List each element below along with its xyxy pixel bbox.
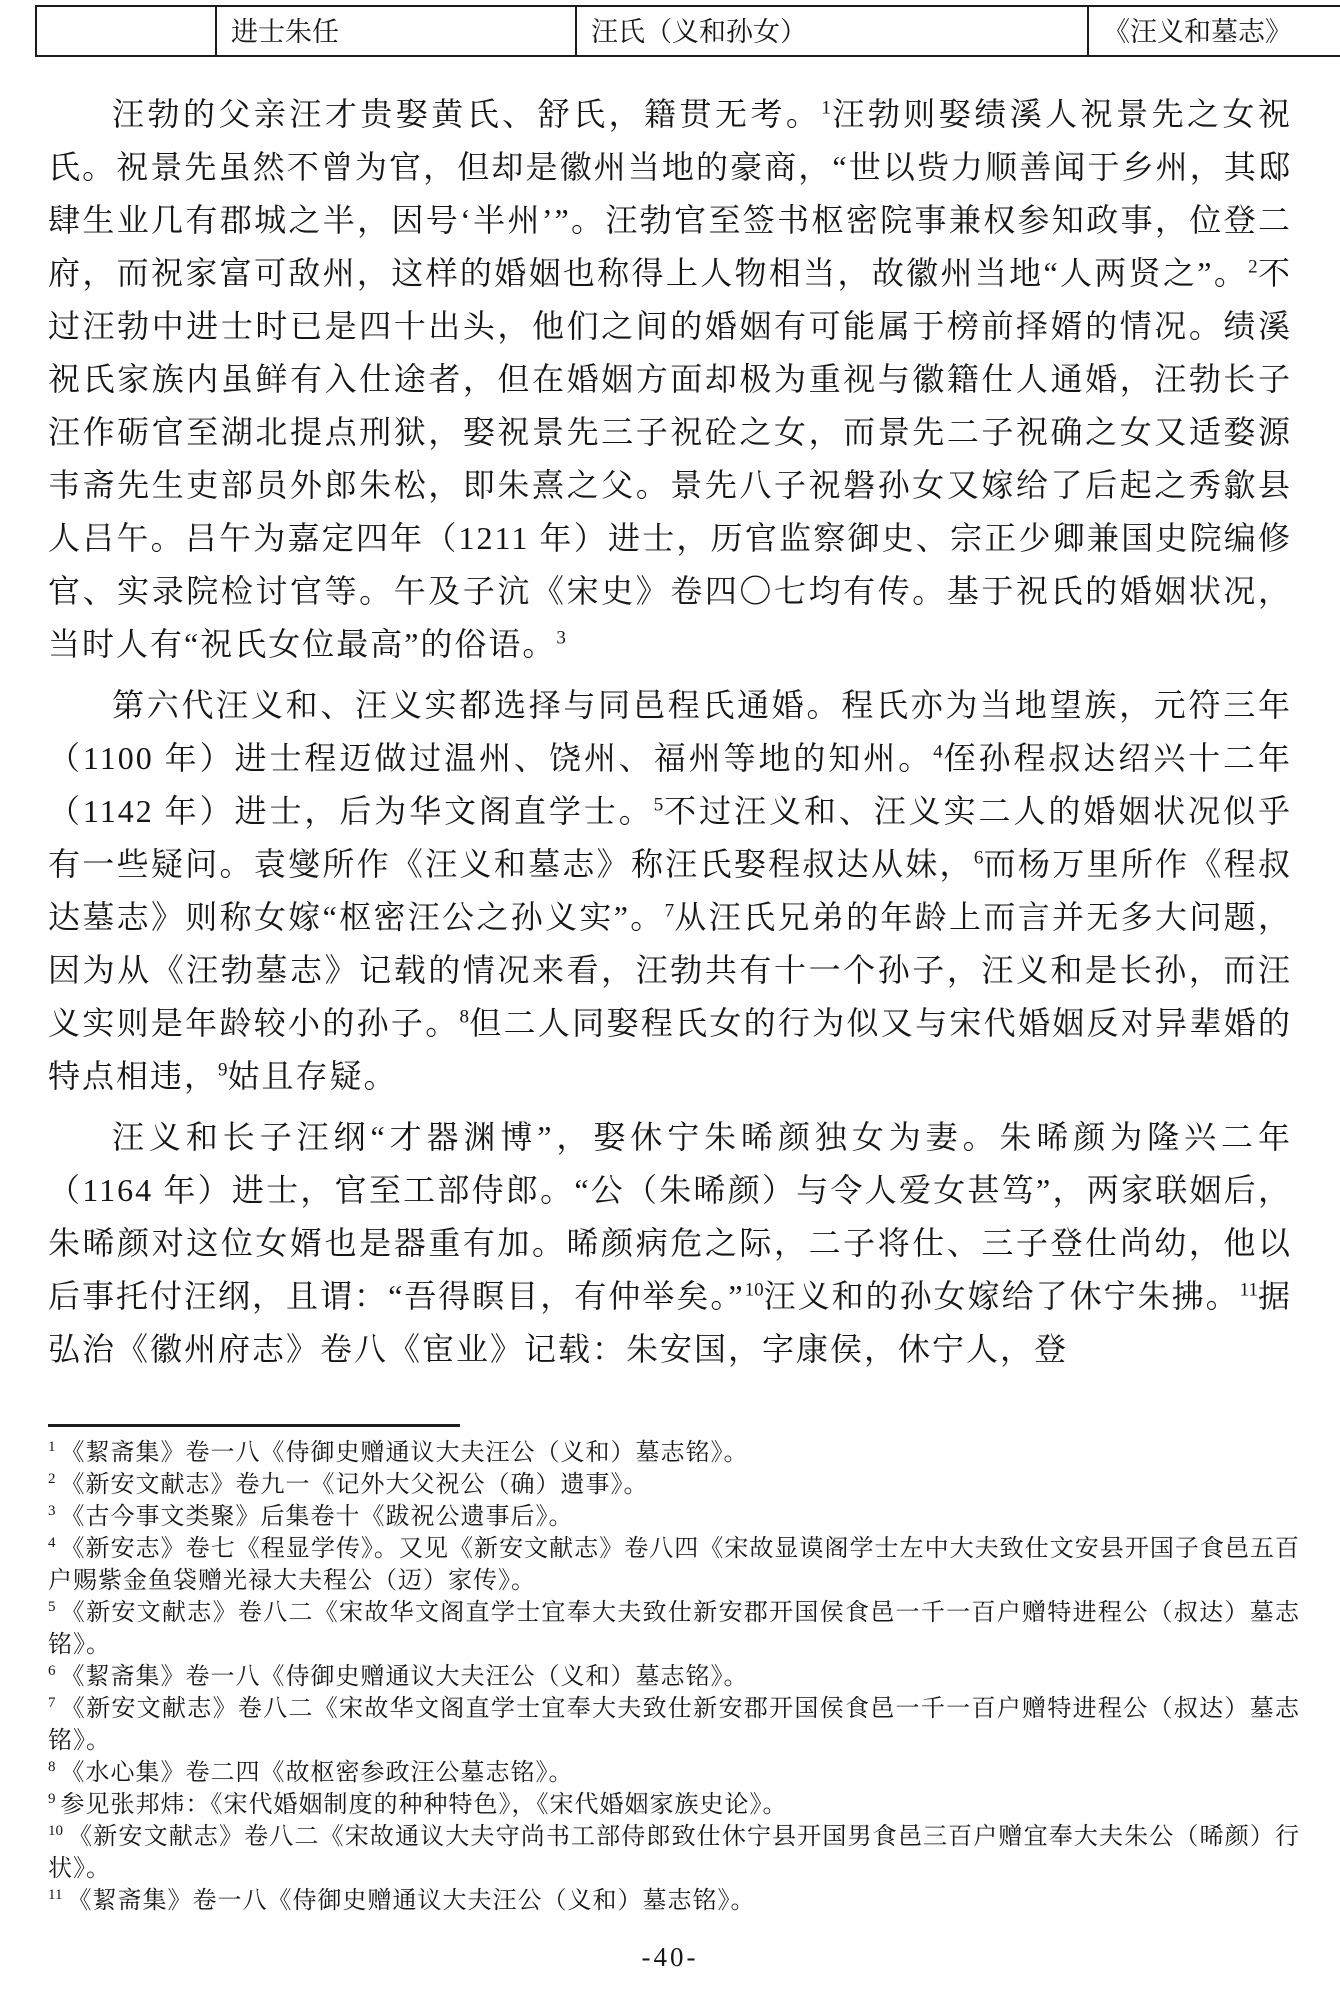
footnote-number: 2 [48,1471,56,1487]
continuation-table: 进士朱任 汪氏（义和孙女） 《汪义和墓志》 [35,5,1340,57]
footnote-ref: 8 [460,1006,470,1027]
footnote-number: 11 [48,1887,62,1903]
body-paragraph: 第六代汪义和、汪义实都选择与同邑程氏通婚。程氏亦为当地望族，元符三年（1100 … [48,679,1292,1103]
footnote-number: 5 [48,1599,56,1615]
footnote-divider [48,1424,460,1427]
footnote-ref: 9 [218,1059,228,1080]
body-paragraph: 汪义和长子汪纲“才器渊博”，娶休宁朱晞颜独女为妻。朱晞颜为隆兴二年（1164 年… [48,1111,1292,1376]
footnote-number: 9 [48,1791,56,1807]
footnote-ref: 1 [821,97,831,118]
table-row: 进士朱任 汪氏（义和孙女） 《汪义和墓志》 [36,6,1340,56]
footnote: 6《絜斋集》卷一八《侍御史赠通议大夫汪公（义和）墓志铭》。 [48,1661,1300,1693]
footnote-ref: 10 [745,1279,764,1300]
footnote-number: 8 [48,1759,56,1775]
footnote-ref: 4 [933,741,943,762]
footnote: 9参见张邦炜：《宋代婚姻制度的种种特色》，《宋代婚姻家族史论》。 [48,1789,1300,1821]
footnote-number: 7 [48,1695,56,1711]
document-page: 进士朱任 汪氏（义和孙女） 《汪义和墓志》 汪勃的父亲汪才贵娶黄氏、舒氏，籍贯无… [0,0,1340,1995]
table-cell-wangshi: 汪氏（义和孙女） [576,6,1088,56]
footnote: 4《新安志》卷七《程显学传》。又见《新安文献志》卷八四《宋故显谟阁学士左中大夫致… [48,1533,1300,1597]
footnote-number: 10 [48,1823,63,1839]
body-paragraph: 汪勃的父亲汪才贵娶黄氏、舒氏，籍贯无考。1汪勃则娶绩溪人祝景先之女祝氏。祝景先虽… [48,88,1292,671]
footnote-ref: 11 [1240,1279,1258,1300]
footnote-number: 3 [48,1503,56,1519]
footnote: 10《新安文献志》卷八二《宋故通议大夫守尚书工部侍郎致仕休宁县开国男食邑三百户赠… [48,1821,1300,1885]
table-cell-jinshi-zhuren: 进士朱任 [216,6,576,56]
table-cell-muzhi: 《汪义和墓志》 [1088,6,1340,56]
body-text: 汪勃的父亲汪才贵娶黄氏、舒氏，籍贯无考。1汪勃则娶绩溪人祝景先之女祝氏。祝景先虽… [48,88,1292,1376]
footnote: 8《水心集》卷二四《故枢密参政汪公墓志铭》。 [48,1757,1300,1789]
footnote: 7《新安文献志》卷八二《宋故华文阁直学士宜奉大夫致仕新安郡开国侯食邑一千一百户赠… [48,1693,1300,1757]
footnote-list: 1《絜斋集》卷一八《侍御史赠通议大夫汪公（义和）墓志铭》。2《新安文献志》卷九一… [48,1437,1300,1917]
footnote: 11《絜斋集》卷一八《侍御史赠通议大夫汪公（义和）墓志铭》。 [48,1885,1300,1917]
footnote-ref: 3 [556,627,566,648]
footnote: 5《新安文献志》卷八二《宋故华文阁直学士宜奉大夫致仕新安郡开国侯食邑一千一百户赠… [48,1597,1300,1661]
table-cell-empty [36,6,216,56]
footnote-number: 6 [48,1663,56,1679]
footnote: 2《新安文献志》卷九一《记外大父祝公（确）遗事》。 [48,1469,1300,1501]
footnote-number: 1 [48,1439,56,1455]
footnote-ref: 7 [665,900,675,921]
footnote-ref: 6 [974,847,984,868]
footnote: 1《絜斋集》卷一八《侍御史赠通议大夫汪公（义和）墓志铭》。 [48,1437,1300,1469]
footnote: 3《古今事文类聚》后集卷十《跋祝公遗事后》。 [48,1501,1300,1533]
footnote-ref: 2 [1248,256,1258,277]
page-number: -40- [0,1942,1340,1973]
footnote-number: 4 [48,1535,56,1551]
footnote-ref: 5 [654,794,664,815]
footnote-area: 1《絜斋集》卷一八《侍御史赠通议大夫汪公（义和）墓志铭》。2《新安文献志》卷九一… [48,1424,1300,1917]
